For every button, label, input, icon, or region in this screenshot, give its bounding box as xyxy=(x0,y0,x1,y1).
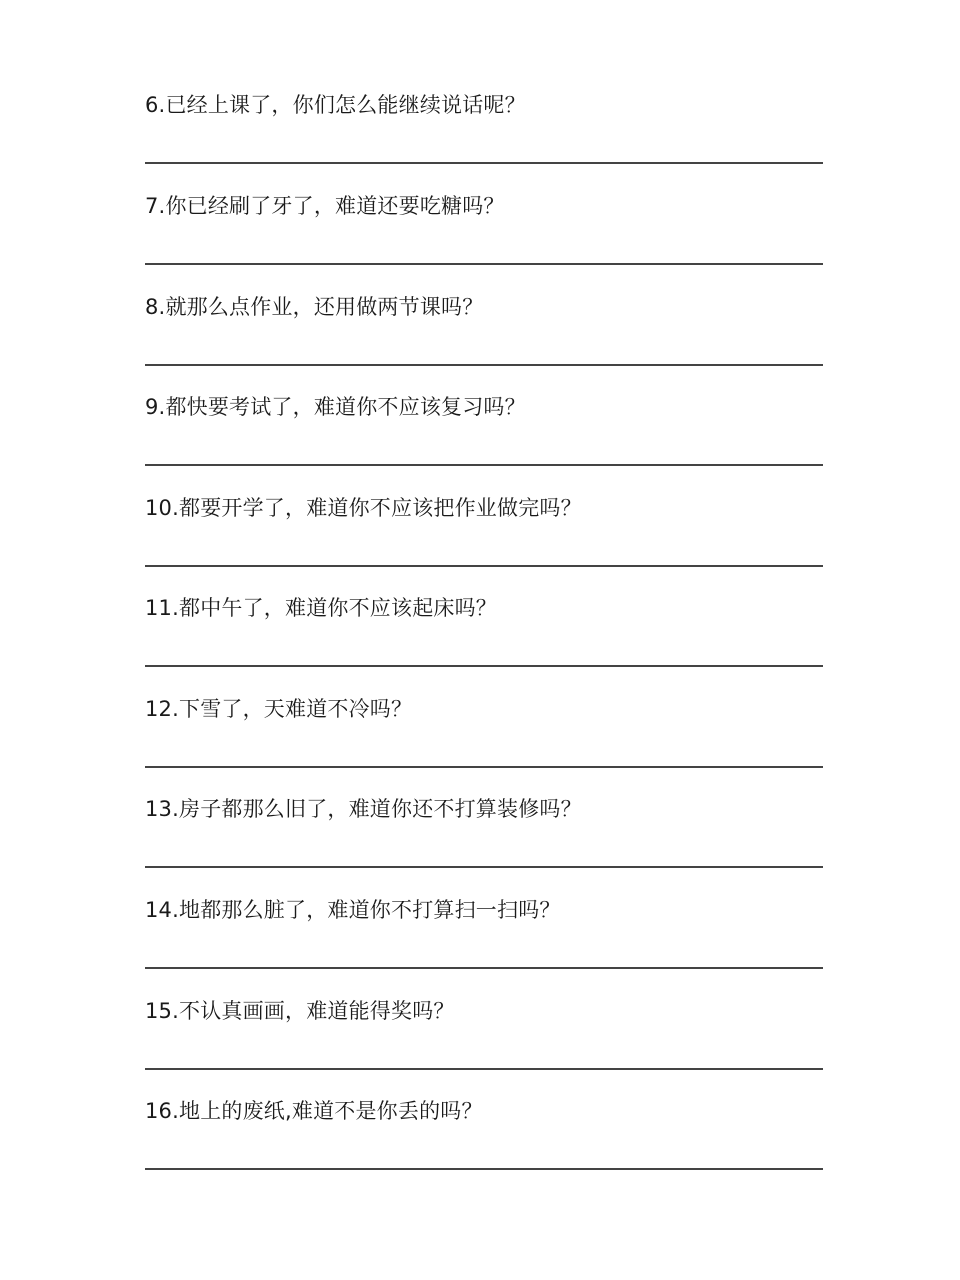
question-body: 都中午了，难道你不应该起床吗？ xyxy=(179,596,497,620)
question-body: 已经上课了，你们怎么能继续说话呢？ xyxy=(165,93,525,117)
worksheet: 6.已经上课了，你们怎么能继续说话呢？ 7.你已经刷了牙了，难道还要吃糖吗？ 8… xyxy=(0,0,960,1280)
question-number: 14. xyxy=(145,898,179,922)
question-item-10: 10.都要开学了，难道你不应该把作业做完吗？ xyxy=(145,493,823,593)
question-item-7: 7.你已经刷了牙了，难道还要吃糖吗？ xyxy=(145,191,823,291)
question-item-16: 16.地上的废纸,难道不是你丢的吗？ xyxy=(145,1096,823,1196)
question-number: 12. xyxy=(145,697,179,721)
question-text: 10.都要开学了，难道你不应该把作业做完吗？ xyxy=(145,493,582,523)
question-text: 12.下雪了，天难道不冷吗？ xyxy=(145,694,412,724)
question-text: 9.都快要考试了，难道你不应该复习吗？ xyxy=(145,392,526,422)
question-item-14: 14.地都那么脏了，难道你不打算扫一扫吗？ xyxy=(145,895,823,995)
answer-line[interactable] xyxy=(145,565,823,567)
question-text: 14.地都那么脏了，难道你不打算扫一扫吗？ xyxy=(145,895,561,925)
question-item-12: 12.下雪了，天难道不冷吗？ xyxy=(145,694,823,794)
answer-line[interactable] xyxy=(145,1168,823,1170)
answer-line[interactable] xyxy=(145,866,823,868)
question-text: 15.不认真画画，难道能得奖吗？ xyxy=(145,996,455,1026)
question-number: 6. xyxy=(145,93,165,117)
answer-line[interactable] xyxy=(145,766,823,768)
question-body: 你已经刷了牙了，难道还要吃糖吗？ xyxy=(165,194,504,218)
answer-line[interactable] xyxy=(145,967,823,969)
answer-line[interactable] xyxy=(145,162,823,164)
question-number: 7. xyxy=(145,194,165,218)
question-number: 11. xyxy=(145,596,179,620)
answer-line[interactable] xyxy=(145,263,823,265)
question-body: 不认真画画，难道能得奖吗？ xyxy=(179,999,455,1023)
question-text: 13.房子都那么旧了，难道你还不打算装修吗？ xyxy=(145,794,582,824)
question-number: 8. xyxy=(145,295,165,319)
question-item-11: 11.都中午了，难道你不应该起床吗？ xyxy=(145,593,823,693)
question-item-6: 6.已经上课了，你们怎么能继续说话呢？ xyxy=(145,90,823,190)
question-number: 15. xyxy=(145,999,179,1023)
question-number: 9. xyxy=(145,395,165,419)
question-text: 6.已经上课了，你们怎么能继续说话呢？ xyxy=(145,90,526,120)
question-item-8: 8.就那么点作业，还用做两节课吗？ xyxy=(145,292,823,392)
question-body: 房子都那么旧了，难道你还不打算装修吗？ xyxy=(179,797,582,821)
question-number: 16. xyxy=(145,1099,179,1123)
question-text: 7.你已经刷了牙了，难道还要吃糖吗？ xyxy=(145,191,505,221)
question-body: 地上的废纸,难道不是你丢的吗？ xyxy=(179,1099,483,1123)
question-body: 下雪了，天难道不冷吗？ xyxy=(179,697,412,721)
question-number: 10. xyxy=(145,496,179,520)
answer-line[interactable] xyxy=(145,665,823,667)
question-body: 都快要考试了，难道你不应该复习吗？ xyxy=(165,395,525,419)
question-item-15: 15.不认真画画，难道能得奖吗？ xyxy=(145,996,823,1096)
question-body: 都要开学了，难道你不应该把作业做完吗？ xyxy=(179,496,582,520)
question-number: 13. xyxy=(145,797,179,821)
question-text: 16.地上的废纸,难道不是你丢的吗？ xyxy=(145,1096,483,1126)
answer-line[interactable] xyxy=(145,1068,823,1070)
question-text: 8.就那么点作业，还用做两节课吗？ xyxy=(145,292,483,322)
answer-line[interactable] xyxy=(145,364,823,366)
question-body: 就那么点作业，还用做两节课吗？ xyxy=(165,295,483,319)
question-item-9: 9.都快要考试了，难道你不应该复习吗？ xyxy=(145,392,823,492)
question-body: 地都那么脏了，难道你不打算扫一扫吗？ xyxy=(179,898,561,922)
question-item-13: 13.房子都那么旧了，难道你还不打算装修吗？ xyxy=(145,794,823,894)
question-text: 11.都中午了，难道你不应该起床吗？ xyxy=(145,593,497,623)
answer-line[interactable] xyxy=(145,464,823,466)
